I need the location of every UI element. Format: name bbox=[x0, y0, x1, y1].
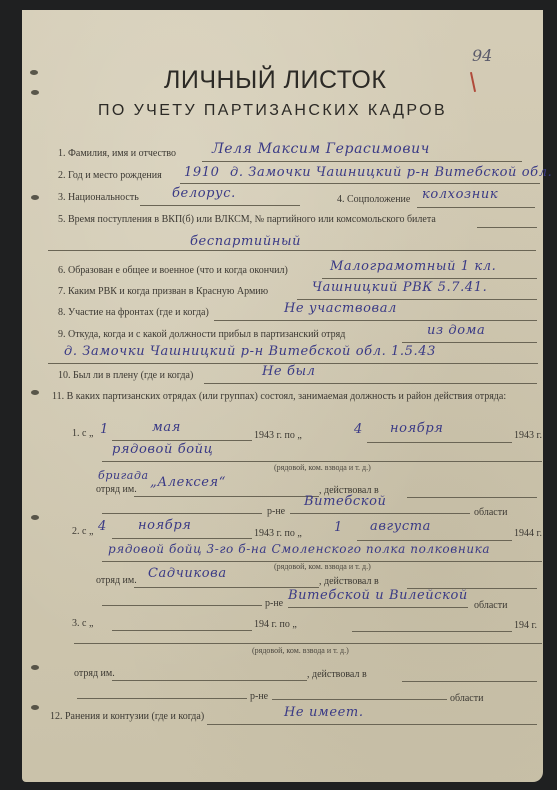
det-2-district-label: р-не bbox=[265, 598, 283, 609]
field-2-value: д. Замочки Чашницкий р-н Витебской обл. bbox=[230, 165, 552, 180]
field-9-label: 9. Откуда, когда и с какой должности при… bbox=[58, 329, 345, 340]
det-1-from-month: мая bbox=[152, 420, 181, 435]
field-1-label: 1. Фамилия, имя и отчество bbox=[58, 148, 176, 159]
det-3-position-hint: (рядовой, ком. взвода и т. д.) bbox=[252, 646, 349, 655]
det-1-unit: „Алексея“ bbox=[150, 475, 226, 490]
det-1-unit-prefix: бригада bbox=[98, 469, 149, 482]
field-10-value: Не был bbox=[262, 364, 316, 379]
det-2-district: Витебской и Вилейской bbox=[288, 588, 468, 603]
det-1-position-hint: (рядовой, ком. взвода и т. д.) bbox=[274, 463, 371, 472]
det-1-to-month: ноября bbox=[390, 421, 443, 436]
det-2-num: 2. с „ bbox=[72, 526, 93, 537]
field-4-label: 4. Соцположение bbox=[337, 194, 410, 205]
det-2-from-line bbox=[112, 538, 252, 539]
det-3-district-line-1 bbox=[77, 698, 247, 699]
det-1-from-year: 1943 г. по „ bbox=[254, 430, 302, 441]
field-5-underline-1 bbox=[477, 227, 537, 228]
det-1-num: 1. с „ bbox=[72, 428, 93, 439]
det-3-district-line-2 bbox=[272, 699, 447, 700]
det-1-district-line-1 bbox=[102, 513, 262, 514]
det-1-district: Витебской bbox=[304, 494, 387, 509]
punch-hole bbox=[31, 705, 39, 710]
red-pencil-mark bbox=[470, 72, 476, 92]
det-3-region-label: области bbox=[450, 693, 483, 704]
document-subtitle: ПО УЧЕТУ ПАРТИЗАНСКИХ КАДРОВ bbox=[98, 102, 447, 120]
det-3-to-line bbox=[352, 631, 512, 632]
field-8-value: Не участвовал bbox=[284, 301, 397, 316]
field-4-value: колхозник bbox=[422, 187, 498, 202]
det-1-district-line-2 bbox=[290, 513, 470, 514]
det-3-position-line bbox=[74, 643, 542, 644]
det-2-from-year: 1943 г. по „ bbox=[254, 528, 302, 539]
det-1-region-label: области bbox=[474, 507, 507, 518]
det-3-district-label: р-не bbox=[250, 691, 268, 702]
det-2-unit: Садчикова bbox=[148, 566, 227, 581]
det-2-position-hint: (рядовой, ком. взвода и т. д.) bbox=[274, 562, 371, 571]
field-5-value: беспартийный bbox=[190, 234, 301, 249]
field-8-underline bbox=[214, 320, 537, 321]
det-3-acted-line bbox=[402, 681, 537, 682]
field-7-underline bbox=[297, 299, 537, 300]
det-2-to-day: 1 bbox=[334, 520, 343, 535]
field-6-value: Малограмотный 1 кл. bbox=[330, 259, 496, 274]
punch-hole bbox=[31, 390, 39, 395]
det-2-to-line bbox=[357, 540, 512, 541]
det-1-unit-line bbox=[134, 496, 319, 497]
field-6-label: 6. Образован е общее и военное (что и ко… bbox=[58, 265, 288, 276]
field-5-underline-2 bbox=[48, 250, 536, 251]
field-2-label: 2. Год и место рождения bbox=[58, 170, 162, 181]
field-1-value: Леля Максим Герасимович bbox=[212, 141, 430, 157]
det-2-acted-label: , действовал в bbox=[319, 576, 379, 587]
field-7-value: Чашницкий РВК 5.7.41. bbox=[312, 280, 487, 295]
field-6-underline bbox=[322, 278, 537, 279]
punch-hole bbox=[31, 515, 39, 520]
det-1-to-year: 1943 г. bbox=[514, 430, 542, 441]
field-12-value: Не имеет. bbox=[284, 705, 364, 720]
field-12-label: 12. Ранения и контузии (где и когда) bbox=[50, 711, 204, 722]
det-1-acted-line bbox=[407, 497, 537, 498]
det-2-to-month: августа bbox=[370, 519, 431, 534]
det-1-to-line bbox=[367, 442, 512, 443]
det-3-num: 3. с „ bbox=[72, 618, 93, 629]
det-1-unit-label: отряд им. bbox=[96, 484, 137, 495]
field-3-underline bbox=[140, 205, 300, 206]
det-1-to-day: 4 bbox=[354, 422, 363, 437]
det-3-from-year: 194 г. по „ bbox=[254, 619, 297, 630]
det-3-unit-label: отряд им. bbox=[74, 668, 115, 679]
det-2-from-day: 4 bbox=[98, 519, 107, 534]
det-2-district-line-2 bbox=[288, 607, 468, 608]
det-1-from-day: 1 bbox=[100, 422, 109, 437]
field-8-label: 8. Участие на фронтах (где и когда) bbox=[58, 307, 209, 318]
det-2-to-year: 1944 г. bbox=[514, 528, 542, 539]
det-1-from-line bbox=[112, 440, 252, 441]
det-1-district-label: р-не bbox=[267, 506, 285, 517]
field-5-label: 5. Время поступления в ВКП(б) или ВЛКСМ,… bbox=[58, 214, 436, 225]
field-7-label: 7. Каким РВК и когда призван в Красную А… bbox=[58, 286, 268, 297]
field-1-underline bbox=[202, 161, 522, 162]
field-10-underline bbox=[204, 383, 537, 384]
field-11-label: 11. В каких партизанских отрядах (или гр… bbox=[52, 390, 537, 403]
field-2-underline bbox=[180, 183, 540, 184]
det-3-from-line bbox=[112, 630, 252, 631]
field-2-year: 1910 bbox=[184, 165, 219, 180]
field-9-value-2: д. Замочки Чашницкий р-н Витебской обл. … bbox=[64, 344, 436, 359]
archive-number: 94 bbox=[472, 46, 492, 65]
punch-hole bbox=[31, 90, 39, 95]
det-3-to-year: 194 г. bbox=[514, 620, 537, 631]
det-2-position: рядовой бойц 3-го б-на Смоленского полка… bbox=[108, 542, 490, 556]
document-title: ЛИЧНЫЙ ЛИСТОК bbox=[164, 66, 386, 95]
field-12-underline bbox=[207, 724, 537, 725]
field-9-underline-1 bbox=[402, 342, 537, 343]
punch-hole bbox=[31, 195, 39, 200]
field-3-label: 3. Национальность bbox=[58, 192, 139, 203]
document-page: 94 ЛИЧНЫЙ ЛИСТОК ПО УЧЕТУ ПАРТИЗАНСКИХ К… bbox=[22, 10, 543, 782]
punch-hole bbox=[30, 70, 38, 75]
det-2-from-month: ноября bbox=[138, 518, 191, 533]
field-4-underline bbox=[417, 207, 535, 208]
det-3-unit-line bbox=[112, 680, 307, 681]
det-1-position-line bbox=[102, 461, 542, 462]
det-2-district-line-1 bbox=[102, 605, 262, 606]
field-3-value: белорус. bbox=[172, 186, 236, 201]
det-2-region-label: области bbox=[474, 600, 507, 611]
punch-hole bbox=[31, 665, 39, 670]
det-1-position: рядовой бойц bbox=[112, 442, 213, 457]
field-10-label: 10. Был ли в плену (где и когда) bbox=[58, 370, 193, 381]
field-9-value-1: из дома bbox=[427, 323, 485, 338]
det-3-acted-label: , действовал в bbox=[307, 669, 367, 680]
det-2-unit-label: отряд им. bbox=[96, 575, 137, 586]
